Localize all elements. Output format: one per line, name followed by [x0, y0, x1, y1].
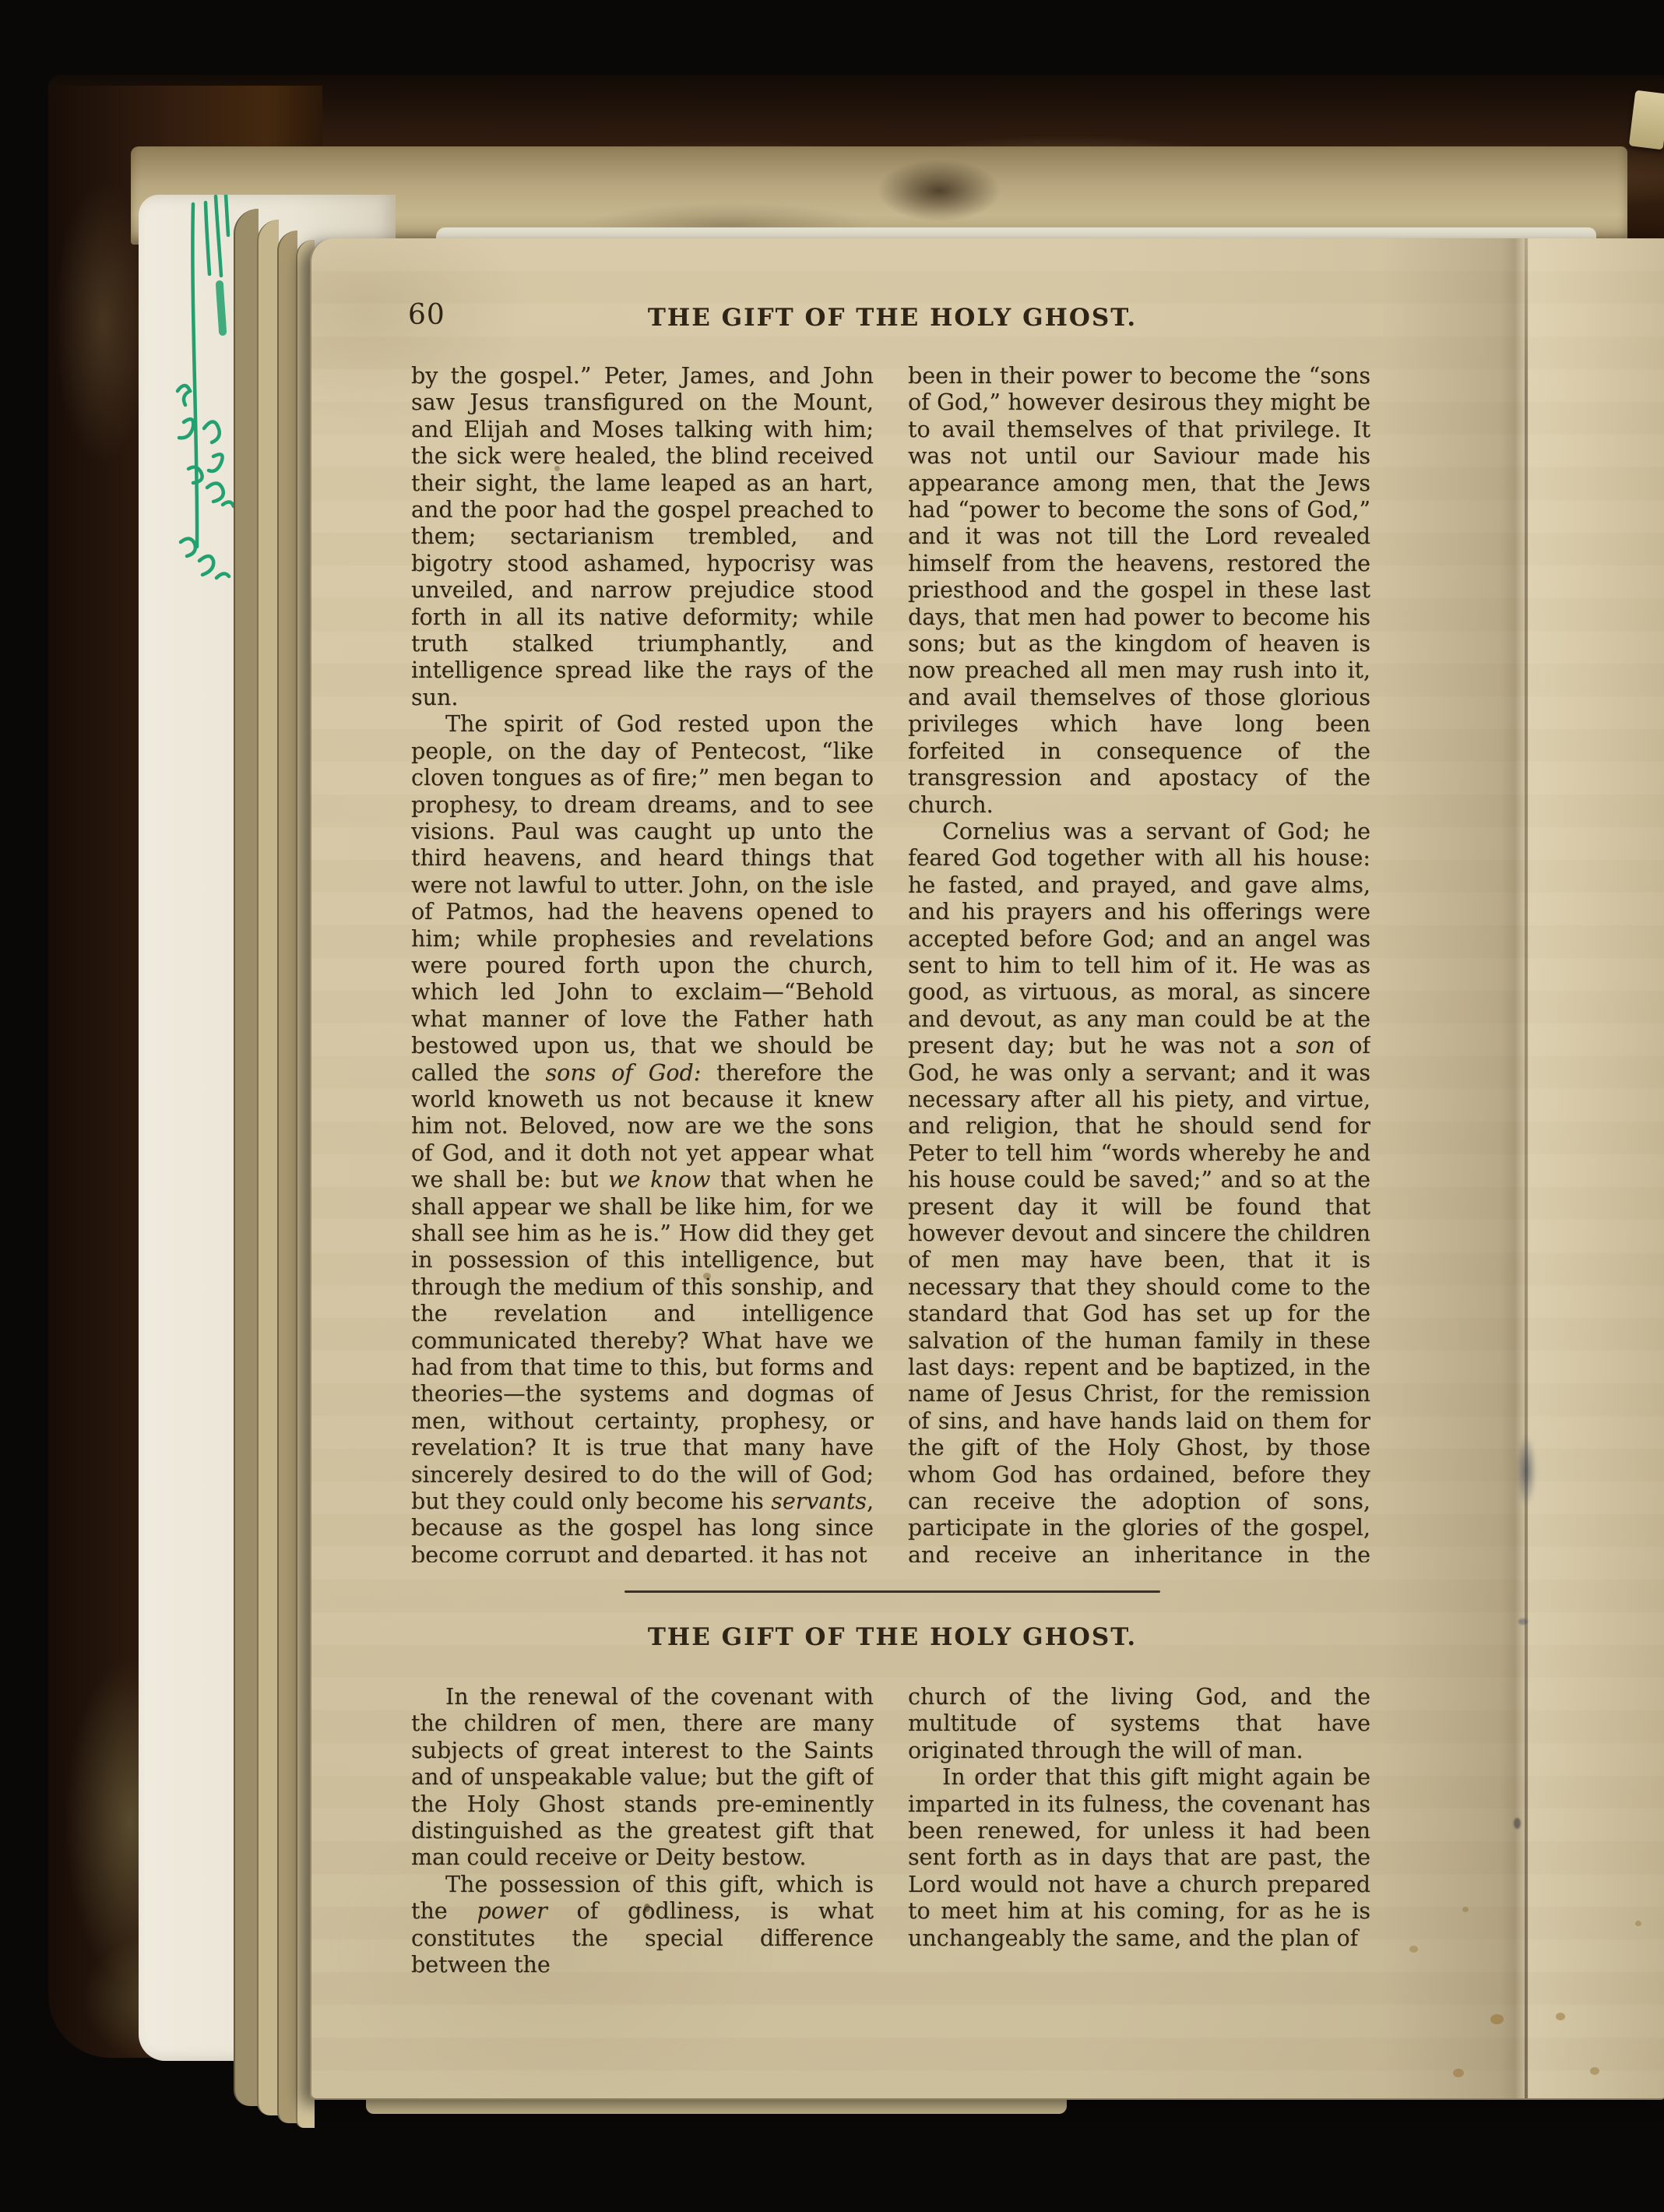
paragraph: by the gospel.” Peter, James, and John s… [411, 363, 874, 711]
stain [1409, 1946, 1418, 1953]
stain [1490, 2014, 1504, 2024]
photograph-scene: 60 THE GIFT OF THE HOLY GHOST. by the go… [0, 0, 1664, 2212]
ink-smudge [1512, 1428, 1540, 1528]
article-1-left-column: by the gospel.” Peter, James, and John s… [411, 363, 874, 1562]
book-page: 60 THE GIFT OF THE HOLY GHOST. by the go… [310, 238, 1664, 2100]
paragraph: The possession of this gift, which is th… [411, 1872, 874, 1979]
ink-mark [1514, 1818, 1521, 1829]
page-crease [1525, 238, 1528, 2098]
page-stack-edge [234, 209, 259, 2106]
paragraph: In the renewal of the covenant with the … [411, 1684, 874, 1872]
article-2-right-column: church of the living God, and the multit… [908, 1684, 1370, 2011]
stain [1635, 1921, 1641, 1926]
stain [1556, 2013, 1565, 2020]
article-1-right-column: been in their power to become the “sons … [908, 363, 1370, 1562]
section-divider-rule [624, 1590, 1160, 1593]
paragraph: In order that this gift might again be i… [908, 1764, 1370, 1952]
ink-mark [1518, 1618, 1528, 1625]
stain [1590, 2067, 1599, 2075]
stain [1462, 1907, 1469, 1912]
page-stack-edge [257, 220, 279, 2115]
article-2-left-column: In the renewal of the covenant with the … [411, 1684, 874, 2011]
paragraph: church of the living God, and the multit… [908, 1684, 1370, 1764]
stain [1453, 2069, 1464, 2077]
bookmark-tab [1629, 90, 1664, 150]
paragraph: been in their power to become the “sons … [908, 363, 1370, 819]
running-header: THE GIFT OF THE HOLY GHOST. [411, 304, 1374, 332]
page-stack-edge [277, 231, 297, 2123]
paragraph: The spirit of God rested upon the people… [411, 711, 874, 1562]
section-heading: THE GIFT OF THE HOLY GHOST. [411, 1623, 1374, 1651]
paragraph: Cornelius was a servant of God; he feare… [908, 819, 1370, 1562]
